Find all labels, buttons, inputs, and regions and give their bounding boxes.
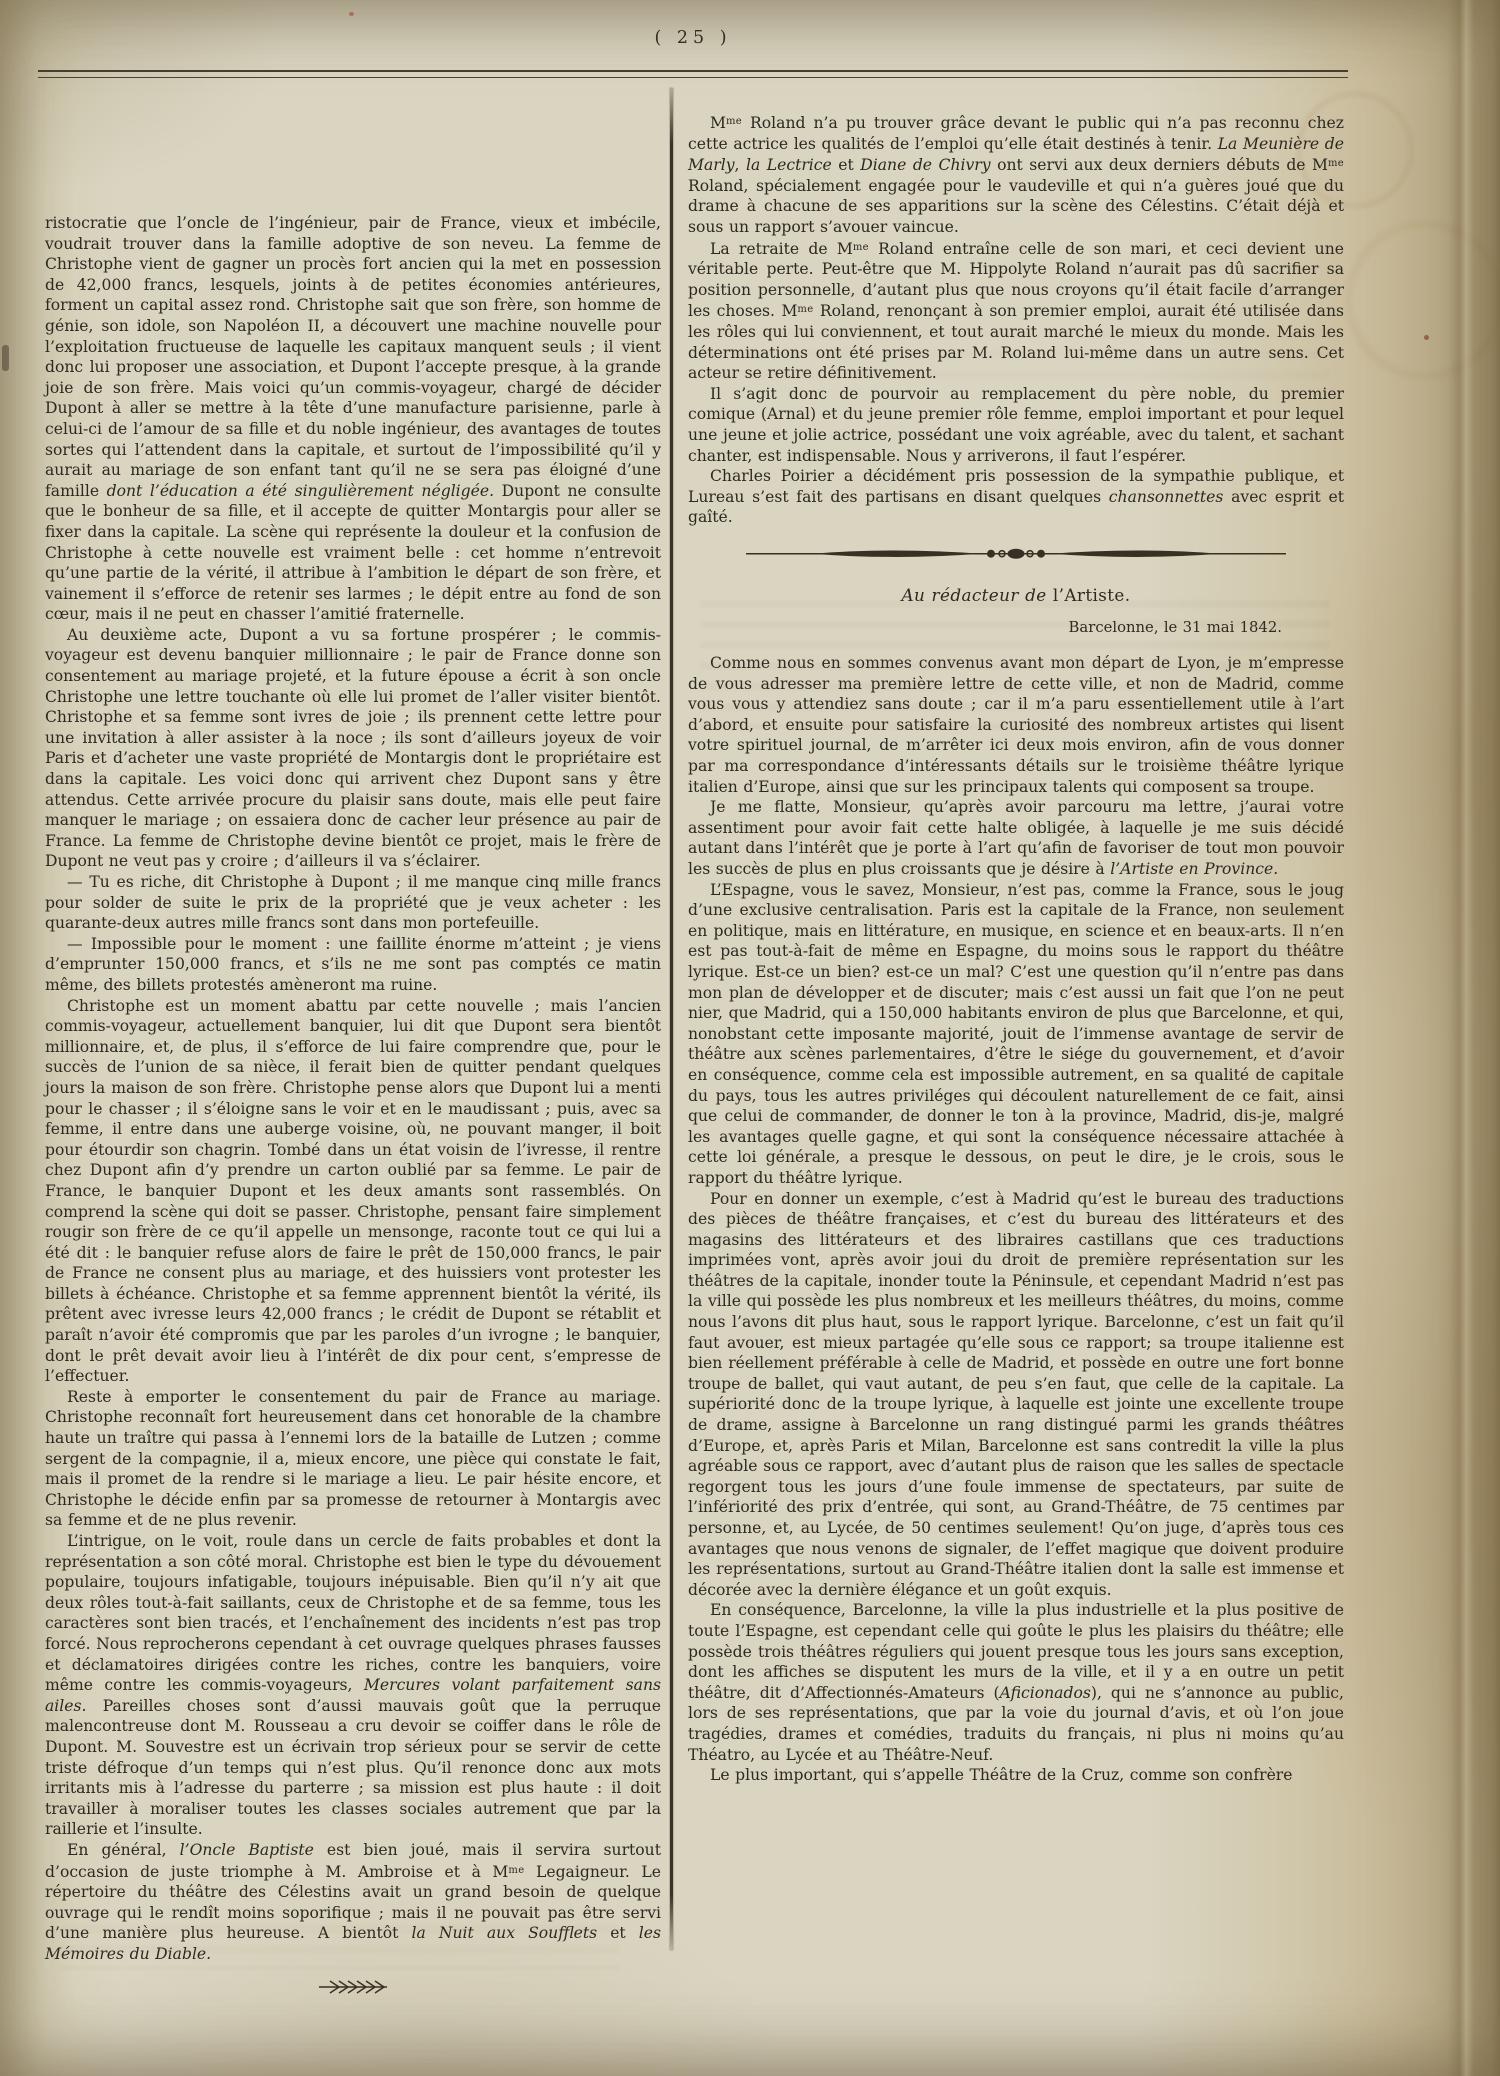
- paragraph: Christophe est un moment abattu par cett…: [45, 996, 661, 1387]
- text-run: Barcelonne, le 31 mai 1842.: [1069, 619, 1282, 636]
- text-run: — Tu es riche, dit Christophe à Dupont ;…: [45, 873, 661, 932]
- italic-text-run: Au rédacteur de: [902, 585, 1053, 605]
- superscript-text-run: me: [726, 116, 742, 127]
- paper-speck: [349, 12, 354, 16]
- letter-heading: Au rédacteur de l’Artiste.: [688, 585, 1344, 606]
- text-run: L’Espagne, vous le savez, Monsieur, n’es…: [688, 881, 1344, 1187]
- paragraph: Comme nous en sommes convenus avant mon …: [688, 653, 1344, 797]
- paragraph: L’intrigue, on le voit, roule dans un ce…: [45, 1531, 661, 1840]
- text-run: L’intrigue, on le voit, roule dans un ce…: [45, 1532, 661, 1694]
- paragraph: Reste à emporter le consentement du pair…: [45, 1387, 661, 1531]
- text-run: ristocratie que l’oncle de l’ingénieur, …: [45, 214, 661, 500]
- paragraph: — Impossible pour le moment : une failli…: [45, 934, 661, 996]
- paragraph: — Tu es riche, dit Christophe à Dupont ;…: [45, 872, 661, 934]
- text-run: ,: [735, 156, 746, 174]
- paragraph: Mme Roland n’a pu trouver grâce devant l…: [688, 112, 1344, 238]
- italic-text-run: la Nuit aux Soufflets: [411, 1924, 597, 1942]
- italic-text-run: l’Artiste en Province.: [1110, 860, 1278, 878]
- italic-text-run: chansonnettes: [1109, 488, 1224, 506]
- superscript-text-run: me: [797, 304, 813, 315]
- right-column: Mme Roland n’a pu trouver grâce devant l…: [688, 112, 1344, 1786]
- column-end-fleuron: [45, 1977, 661, 1997]
- text-run: En général,: [67, 1841, 180, 1859]
- italic-text-run: la Lectrice: [746, 156, 832, 174]
- text-run: Il s’agit donc de pourvoir au remplaceme…: [688, 385, 1344, 465]
- paragraph: L’Espagne, vous le savez, Monsieur, n’es…: [688, 880, 1344, 1189]
- text-run: Dupont ne consulte que le bonheur de sa …: [45, 482, 661, 624]
- text-run: Au deuxième acte, Dupont a vu sa fortune…: [45, 626, 661, 871]
- paragraph: Il s’agit donc de pourvoir au remplaceme…: [688, 384, 1344, 466]
- section-divider-ornament: [688, 545, 1344, 563]
- paragraph: En général, l’Oncle Baptiste est bien jo…: [45, 1840, 661, 1965]
- paragraph: Le plus important, qui s’appelle Théâtre…: [688, 1765, 1344, 1786]
- text-run: — Impossible pour le moment : une failli…: [45, 935, 661, 994]
- text-run: Roland, spécialement engagée pour le vau…: [688, 177, 1344, 236]
- paragraph: Au deuxième acte, Dupont a vu sa fortune…: [45, 625, 661, 872]
- text-run: et: [832, 156, 861, 174]
- text-run: Le plus important, qui s’appelle Théâtre…: [710, 1766, 1293, 1784]
- letter-dateline: Barcelonne, le 31 mai 1842.: [688, 618, 1344, 639]
- text-run: Christophe est un moment abattu par cett…: [45, 997, 661, 1386]
- paragraph: Charles Poirier a décidément pris posses…: [688, 466, 1344, 528]
- text-run: Pareilles choses sont d’aussi mauvais go…: [45, 1697, 661, 1839]
- ornament-rule-icon: [746, 545, 1286, 563]
- paragraph: Je me flatte, Monsieur, qu’après avoir p…: [688, 797, 1344, 879]
- column-divider-rule: [670, 88, 673, 1950]
- superscript-text-run: me: [1328, 158, 1344, 169]
- paragraph: La retraite de Mme Roland entraîne celle…: [688, 238, 1344, 384]
- text-run: Comme nous en sommes convenus avant mon …: [688, 654, 1344, 796]
- superscript-text-run: me: [853, 242, 869, 253]
- italic-text-run: l’Oncle Baptiste: [180, 1841, 314, 1859]
- text-run: l’Artiste.: [1053, 585, 1131, 605]
- italic-text-run: dont l’éducation a été singulièrement né…: [107, 482, 494, 500]
- page-edge-crease: [1448, 0, 1474, 2076]
- paper-speck: [1424, 335, 1429, 340]
- text-run: et: [597, 1924, 639, 1942]
- text-run: Reste à emporter le consentement du pair…: [45, 1388, 661, 1530]
- superscript-text-run: me: [508, 1865, 524, 1876]
- paper-speck: [2, 345, 9, 371]
- paragraph: Pour en donner un exemple, c’est à Madri…: [688, 1189, 1344, 1601]
- italic-text-run: Aficionados: [1000, 1684, 1091, 1702]
- italic-text-run: Diane de Chivry: [860, 156, 990, 174]
- text-run: M: [710, 114, 726, 132]
- paragraph: ristocratie que l’oncle de l’ingénieur, …: [45, 213, 661, 625]
- fleuron-icon: [317, 1977, 389, 1997]
- text-run: Pour en donner un exemple, c’est à Madri…: [688, 1190, 1344, 1599]
- scanned-journal-page: ( 25 ) ristocratie que l’oncle de l’ingé…: [0, 0, 1500, 2076]
- page-number: ( 25 ): [593, 28, 793, 48]
- paragraph: En conséquence, Barcelonne, la ville la …: [688, 1600, 1344, 1765]
- header-double-rule: [38, 70, 1348, 78]
- text-run: ont servi aux deux derniers débuts de M: [991, 156, 1328, 174]
- left-column: ristocratie que l’oncle de l’ingénieur, …: [45, 213, 661, 1997]
- text-run: La retraite de M: [710, 240, 853, 258]
